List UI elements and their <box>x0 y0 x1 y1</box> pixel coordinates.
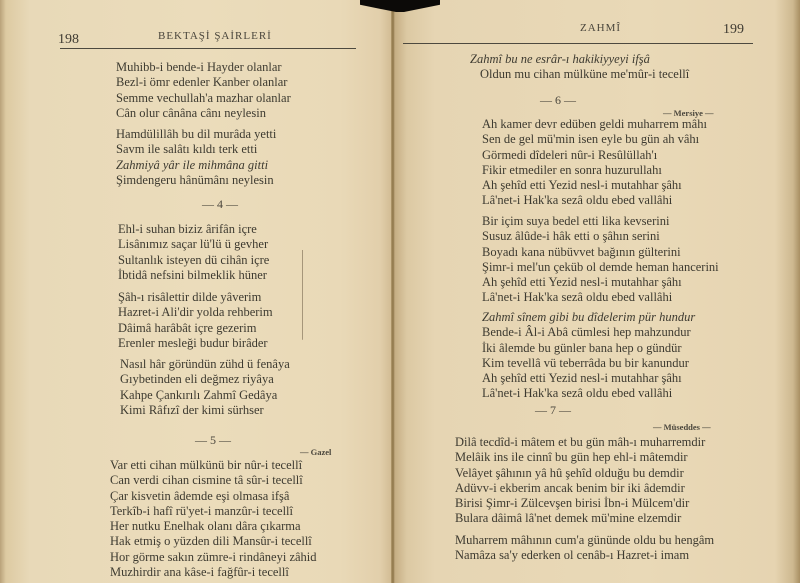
section-number: — 4 — <box>202 197 238 212</box>
stanza: Şâh-ı risâlettir dilde yâverim Hazret-i … <box>118 290 273 351</box>
verse-line: Erenler mesleği budur birâder <box>118 336 273 351</box>
verse-line: Lâ'net-i Hak'ka sezâ oldu ebed vallâhi <box>482 290 719 305</box>
verse-line: Birisi Şimr-i Zülcevşen birisi İbn-i Mül… <box>455 496 705 511</box>
pencil-mark <box>302 250 303 340</box>
verse-line: Kahpe Çankırılı Zahmî Gedâya <box>120 388 290 403</box>
verse-line: Susuz âlûde-i hâk etti o şâhın serini <box>482 229 719 244</box>
verse-line: Velâyet şâhının yâ hû şehîd olduğu bu de… <box>455 466 705 481</box>
verse-line: Her nutku Enelhak olanı dâra çıkarma <box>110 519 317 534</box>
verse-line: Cân olur cânâna cânı neylesin <box>116 106 291 121</box>
verse-line: Adüvv-i ekberim ancak benim bir iki âdem… <box>455 481 705 496</box>
verse-line: Savm ile salâtı kıldı terk etti <box>116 142 276 157</box>
stanza: Muhibb-i bende-i Hayder olanlar Bezl-i ö… <box>116 60 291 121</box>
verse-line: Bezl-i ömr edenler Kanber olanlar <box>116 75 291 90</box>
verse-line: Bulara dâimâ lâ'net demek mü'mine elzemd… <box>455 511 705 526</box>
right-page: ZAHMÎ 199 Zahmî bu ne esrâr-ı hakikiyyey… <box>395 0 800 583</box>
stanza: Dilâ tecdîd-i mâtem et bu gün mâh-ı muha… <box>455 435 705 527</box>
section-number: — 7 — <box>535 403 571 418</box>
verse-line: Sultanlık isteyen dü cihân içre <box>118 253 269 268</box>
running-head: BEKTAŞİ ŞAİRLERİ <box>158 30 272 42</box>
verse-line: Zahmî bu ne esrâr-ı hakikiyyeyi ifşâ <box>470 52 689 67</box>
verse-line: Hak etmiş o yüzden dili Mansûr-i tecellî <box>110 534 317 549</box>
verse-line: Fikir etmediler en sonra huzurullahı <box>482 163 707 178</box>
verse-line: Ah şehîd etti Yezid nesl-i mutahhar şâhı <box>482 178 707 193</box>
verse-line: Oldun mu cihan mülküne me'mûr-i tecellî <box>470 67 689 82</box>
verse-line: Can verdi cihan cismine tâ sûr-i tecellî <box>110 473 317 488</box>
stanza: Bir içim suya bedel etti lika kevserini … <box>482 214 719 306</box>
stanza: Ah kamer devr edüben geldi muharrem mâhı… <box>482 117 707 209</box>
verse-line: Namâza sa'y ederken ol cenâb-ı Hazret-i … <box>455 548 714 563</box>
verse-line: Var etti cihan mülkünü bir nûr-i tecellî <box>110 458 317 473</box>
verse-line: Ah kamer devr edüben geldi muharrem mâhı <box>482 117 707 132</box>
verse-line: Lâ'net-i Hak'ka sezâ oldu ebed vallâhi <box>482 386 695 401</box>
verse-line: Nasıl hâr göründün zühd ü fenâya <box>120 357 290 372</box>
section-number: — 6 — <box>540 93 576 108</box>
page-number: 199 <box>723 22 744 38</box>
section-number: — 5 — <box>195 433 231 448</box>
verse-line: Ehl-i suhan biziz ârifân içre <box>118 222 269 237</box>
page-number: 198 <box>58 32 79 48</box>
header-rule <box>403 43 753 44</box>
open-book: 198 BEKTAŞİ ŞAİRLERİ Muhibb-i bende-i Ha… <box>0 0 800 583</box>
verse-line: Semme vechullah'a mazhar olanlar <box>116 91 291 106</box>
verse-line: Kim tevellâ vü teberrâda bu bir kanundur <box>482 356 695 371</box>
verse-line: Zahmî sînem gibi bu dîdelerim pür hundur <box>482 310 695 325</box>
verse-line: Görmedi dîdeleri nûr-i Resûlüllah'ı <box>482 148 707 163</box>
header-rule <box>60 48 356 49</box>
verse-line: Lisânımız saçar lü'lü ü gevher <box>118 237 269 252</box>
verse-line: Gıybetinden eli değmez riyâya <box>120 372 290 387</box>
book-spine <box>391 0 395 583</box>
gazel-poem: Var etti cihan mülkünü bir nûr-i tecellî… <box>110 458 317 580</box>
stanza: Hamdülillâh bu dil murâda yetti Savm ile… <box>116 127 276 188</box>
verse-line: Muharrem mâhının cum'a gününde oldu bu h… <box>455 533 714 548</box>
verse-line: Muzhirdir ana kâse-i fağfûr-i tecellî <box>110 565 317 580</box>
verse-line: Terkîb-i hafî rü'yet-i manzûr-i tecellî <box>110 504 317 519</box>
verse-line: Hamdülillâh bu dil murâda yetti <box>116 127 276 142</box>
verse-line: Kimi Râfızî der kimi sürhser <box>120 403 290 418</box>
verse-line: İbtidâ nefsini bilmeklik hüner <box>118 268 269 283</box>
verse-line: Çar kisvetin âdemde eşi olmasa ifşâ <box>110 489 317 504</box>
verse-line: Dilâ tecdîd-i mâtem et bu gün mâh-ı muha… <box>455 435 705 450</box>
stanza: Muharrem mâhının cum'a gününde oldu bu h… <box>455 533 714 564</box>
stanza: Zahmî bu ne esrâr-ı hakikiyyeyi ifşâ Old… <box>470 52 689 83</box>
poem-form-label: — Gazel <box>300 447 331 457</box>
verse-line: Bende-i Âl-i Abâ cümlesi hep mahzundur <box>482 325 695 340</box>
verse-line: Hazret-i Ali'dir yolda rehberim <box>118 305 273 320</box>
verse-line: Bir içim suya bedel etti lika kevserini <box>482 214 719 229</box>
verse-line: Muhibb-i bende-i Hayder olanlar <box>116 60 291 75</box>
verse-line: Ah şehîd etti Yezid nesl-i mutahhar şâhı <box>482 275 719 290</box>
verse-line: Şimr-i mel'un çeküb ol demde heman hance… <box>482 260 719 275</box>
verse-line: Şimdengeru hânümânı neylesin <box>116 173 276 188</box>
verse-line: Hor görme sakın zümre-i rindâneyi zâhid <box>110 550 317 565</box>
verse-line: Dâimâ harâbât içre gezerim <box>118 321 273 336</box>
poem-form-label: — Müseddes — <box>653 422 711 432</box>
verse-line: Boyadı kana nübüvvet bağının gülterini <box>482 245 719 260</box>
stanza: Nasıl hâr göründün zühd ü fenâya Gıybeti… <box>120 357 290 418</box>
stanza: Zahmî sînem gibi bu dîdelerim pür hundur… <box>482 310 695 402</box>
verse-line: Ah şehîd etti Yezid nesl-i mutahhar şâhı <box>482 371 695 386</box>
verse-line: İki âlemde bu günler bana hep o gündür <box>482 341 695 356</box>
verse-line: Şâh-ı risâlettir dilde yâverim <box>118 290 273 305</box>
verse-line: Sen de gel mü'min isen eyle bu gün ah vâ… <box>482 132 707 147</box>
running-head: ZAHMÎ <box>580 22 621 34</box>
stanza: Ehl-i suhan biziz ârifân içre Lisânımız … <box>118 222 269 283</box>
verse-line: Melâik ins ile cinnî bu gün hep ehl-i mâ… <box>455 450 705 465</box>
left-page: 198 BEKTAŞİ ŞAİRLERİ Muhibb-i bende-i Ha… <box>0 0 395 583</box>
verse-line: Lâ'net-i Hak'ka sezâ oldu ebed vallâhi <box>482 193 707 208</box>
verse-line: Zahmiyâ yâr ile mihmâna gitti <box>116 158 276 173</box>
